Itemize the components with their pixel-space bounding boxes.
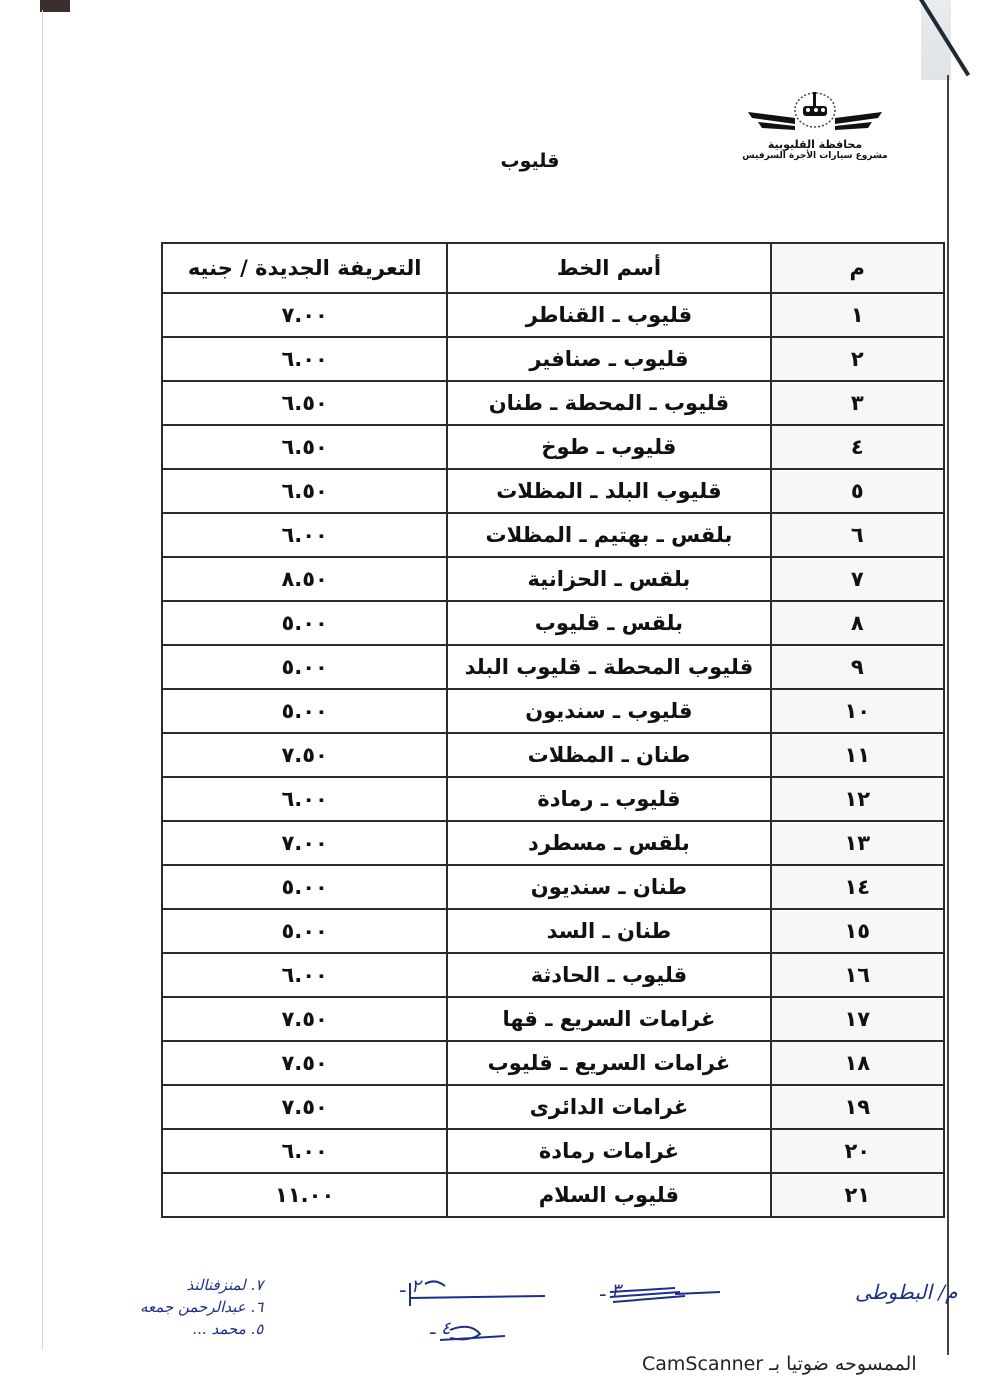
row-number: ٧ (771, 557, 944, 601)
route-name: غرامات رمادة (447, 1129, 770, 1173)
route-name: بلقس ـ مسطرد (447, 821, 770, 865)
row-number: ١٣ (771, 821, 944, 865)
table-header-row: م أسم الخط التعريفة الجديدة / جنيه (162, 243, 944, 293)
fare-value: ٦.٠٠ (162, 513, 447, 557)
route-name: قليوب السلام (447, 1173, 770, 1217)
winged-emblem-icon (740, 88, 890, 140)
logo-project-name: مشروع سيارات الأجرة السرفيس (730, 151, 900, 161)
route-name: طنان ـ سنديون (447, 865, 770, 909)
table-row: ٣قليوب ـ المحطة ـ طنان٦.٥٠ (162, 381, 944, 425)
row-number: ٩ (771, 645, 944, 689)
fare-table: م أسم الخط التعريفة الجديدة / جنيه ١قليو… (161, 242, 945, 1218)
table-row: ٢١قليوب السلام١١.٠٠ (162, 1173, 944, 1217)
fare-value: ٧.٥٠ (162, 997, 447, 1041)
table-row: ١٠قليوب ـ سنديون٥.٠٠ (162, 689, 944, 733)
row-number: ١٤ (771, 865, 944, 909)
signature-line: ٦. عبدالرحمن جمعه (140, 1296, 263, 1318)
row-number: ١١ (771, 733, 944, 777)
route-name: بلقس ـ قليوب (447, 601, 770, 645)
row-number: ١٠ (771, 689, 944, 733)
row-number: ١ (771, 293, 944, 337)
governorate-logo: محافظة القليوبية مشروع سيارات الأجرة الس… (730, 88, 900, 173)
fare-value: ٧.٥٠ (162, 1041, 447, 1085)
route-name: قليوب ـ المحطة ـ طنان (447, 381, 770, 425)
logo-governorate-name: محافظة القليوبية (730, 138, 900, 151)
fare-value: ٦.٥٠ (162, 425, 447, 469)
fare-value: ٦.٠٠ (162, 777, 447, 821)
fare-value: ٥.٠٠ (162, 909, 447, 953)
fare-value: ٧.٠٠ (162, 821, 447, 865)
table-row: ٩قليوب المحطة ـ قليوب البلد٥.٠٠ (162, 645, 944, 689)
row-number: ١٥ (771, 909, 944, 953)
table-row: ٤قليوب ـ طوخ٦.٥٠ (162, 425, 944, 469)
row-number: ١٢ (771, 777, 944, 821)
table-row: ١٨غرامات السريع ـ قليوب٧.٥٠ (162, 1041, 944, 1085)
row-number: ١٨ (771, 1041, 944, 1085)
page-edge-right (947, 75, 949, 1355)
scan-corner-shadow (40, 0, 70, 12)
table-row: ١١طنان ـ المظلات٧.٥٠ (162, 733, 944, 777)
route-name: قليوب المحطة ـ قليوب البلد (447, 645, 770, 689)
table-row: ٨بلقس ـ قليوب٥.٠٠ (162, 601, 944, 645)
table-row: ٢٠غرامات رمادة٦.٠٠ (162, 1129, 944, 1173)
table-row: ١٧غرامات السريع ـ قها٧.٥٠ (162, 997, 944, 1041)
fare-value: ٦.٠٠ (162, 337, 447, 381)
fare-value: ٧.٠٠ (162, 293, 447, 337)
table-row: ٧بلقس ـ الحزانية٨.٥٠ (162, 557, 944, 601)
table-row: ١٤طنان ـ سنديون٥.٠٠ (162, 865, 944, 909)
fare-value: ٧.٥٠ (162, 733, 447, 777)
row-number: ٨ (771, 601, 944, 645)
row-number: ٢١ (771, 1173, 944, 1217)
route-name: قليوب ـ رمادة (447, 777, 770, 821)
row-number: ٣ (771, 381, 944, 425)
route-name: قليوب ـ القناطر (447, 293, 770, 337)
row-number: ٢٠ (771, 1129, 944, 1173)
signature-scribble-icon (435, 1322, 525, 1346)
fare-value: ٥.٠٠ (162, 865, 447, 909)
table-row: ١٥طنان ـ السد٥.٠٠ (162, 909, 944, 953)
route-name: بلقس ـ بهتيم ـ المظلات (447, 513, 770, 557)
row-number: ١٩ (771, 1085, 944, 1129)
fare-value: ٥.٠٠ (162, 645, 447, 689)
fare-value: ١١.٠٠ (162, 1173, 447, 1217)
route-name: غرامات الدائرى (447, 1085, 770, 1129)
table-row: ٥قليوب البلد ـ المظلات٦.٥٠ (162, 469, 944, 513)
fare-value: ٦.٥٠ (162, 381, 447, 425)
route-name: غرامات السريع ـ قها (447, 997, 770, 1041)
scan-corner-fold (921, 0, 951, 80)
route-name: قليوب ـ سنديون (447, 689, 770, 733)
page-title: قليوب (480, 150, 580, 172)
signature-scribble-icon (405, 1278, 555, 1308)
row-number: ١٧ (771, 997, 944, 1041)
fare-value: ٧.٥٠ (162, 1085, 447, 1129)
route-name: قليوب ـ صنافير (447, 337, 770, 381)
page-edge-left (42, 10, 43, 1350)
camscanner-watermark: الممسوحه ضوتيا بـ CamScanner (642, 1353, 917, 1375)
column-header-number: م (771, 243, 944, 293)
signature-scribble-icon (605, 1284, 725, 1308)
fare-value: ٦.٥٠ (162, 469, 447, 513)
table-row: ١قليوب ـ القناطر٧.٠٠ (162, 293, 944, 337)
route-name: طنان ـ المظلات (447, 733, 770, 777)
table-row: ١٢قليوب ـ رمادة٦.٠٠ (162, 777, 944, 821)
handwritten-signature-block-left: ٧. لمنزفنالنذ ٦. عبدالرحمن جمعه ٥. محمد … (140, 1274, 263, 1340)
handwritten-signature-1: م/ البطوطى (855, 1280, 958, 1304)
route-name: قليوب ـ الحادثة (447, 953, 770, 997)
row-number: ١٦ (771, 953, 944, 997)
row-number: ٢ (771, 337, 944, 381)
route-name: قليوب ـ طوخ (447, 425, 770, 469)
table-row: ١٩غرامات الدائرى٧.٥٠ (162, 1085, 944, 1129)
table-row: ١٦قليوب ـ الحادثة٦.٠٠ (162, 953, 944, 997)
signature-line: ٥. محمد ... (140, 1318, 263, 1340)
signature-line: ٧. لمنزفنالنذ (140, 1274, 263, 1296)
row-number: ٥ (771, 469, 944, 513)
fare-value: ٨.٥٠ (162, 557, 447, 601)
fare-value: ٦.٠٠ (162, 1129, 447, 1173)
row-number: ٦ (771, 513, 944, 557)
route-name: بلقس ـ الحزانية (447, 557, 770, 601)
table-row: ٦بلقس ـ بهتيم ـ المظلات٦.٠٠ (162, 513, 944, 557)
row-number: ٤ (771, 425, 944, 469)
fare-value: ٥.٠٠ (162, 689, 447, 733)
column-header-route: أسم الخط (447, 243, 770, 293)
route-name: قليوب البلد ـ المظلات (447, 469, 770, 513)
fare-value: ٥.٠٠ (162, 601, 447, 645)
column-header-fare: التعريفة الجديدة / جنيه (162, 243, 447, 293)
route-name: غرامات السريع ـ قليوب (447, 1041, 770, 1085)
table-row: ١٣بلقس ـ مسطرد٧.٠٠ (162, 821, 944, 865)
fare-value: ٦.٠٠ (162, 953, 447, 997)
table-row: ٢قليوب ـ صنافير٦.٠٠ (162, 337, 944, 381)
route-name: طنان ـ السد (447, 909, 770, 953)
